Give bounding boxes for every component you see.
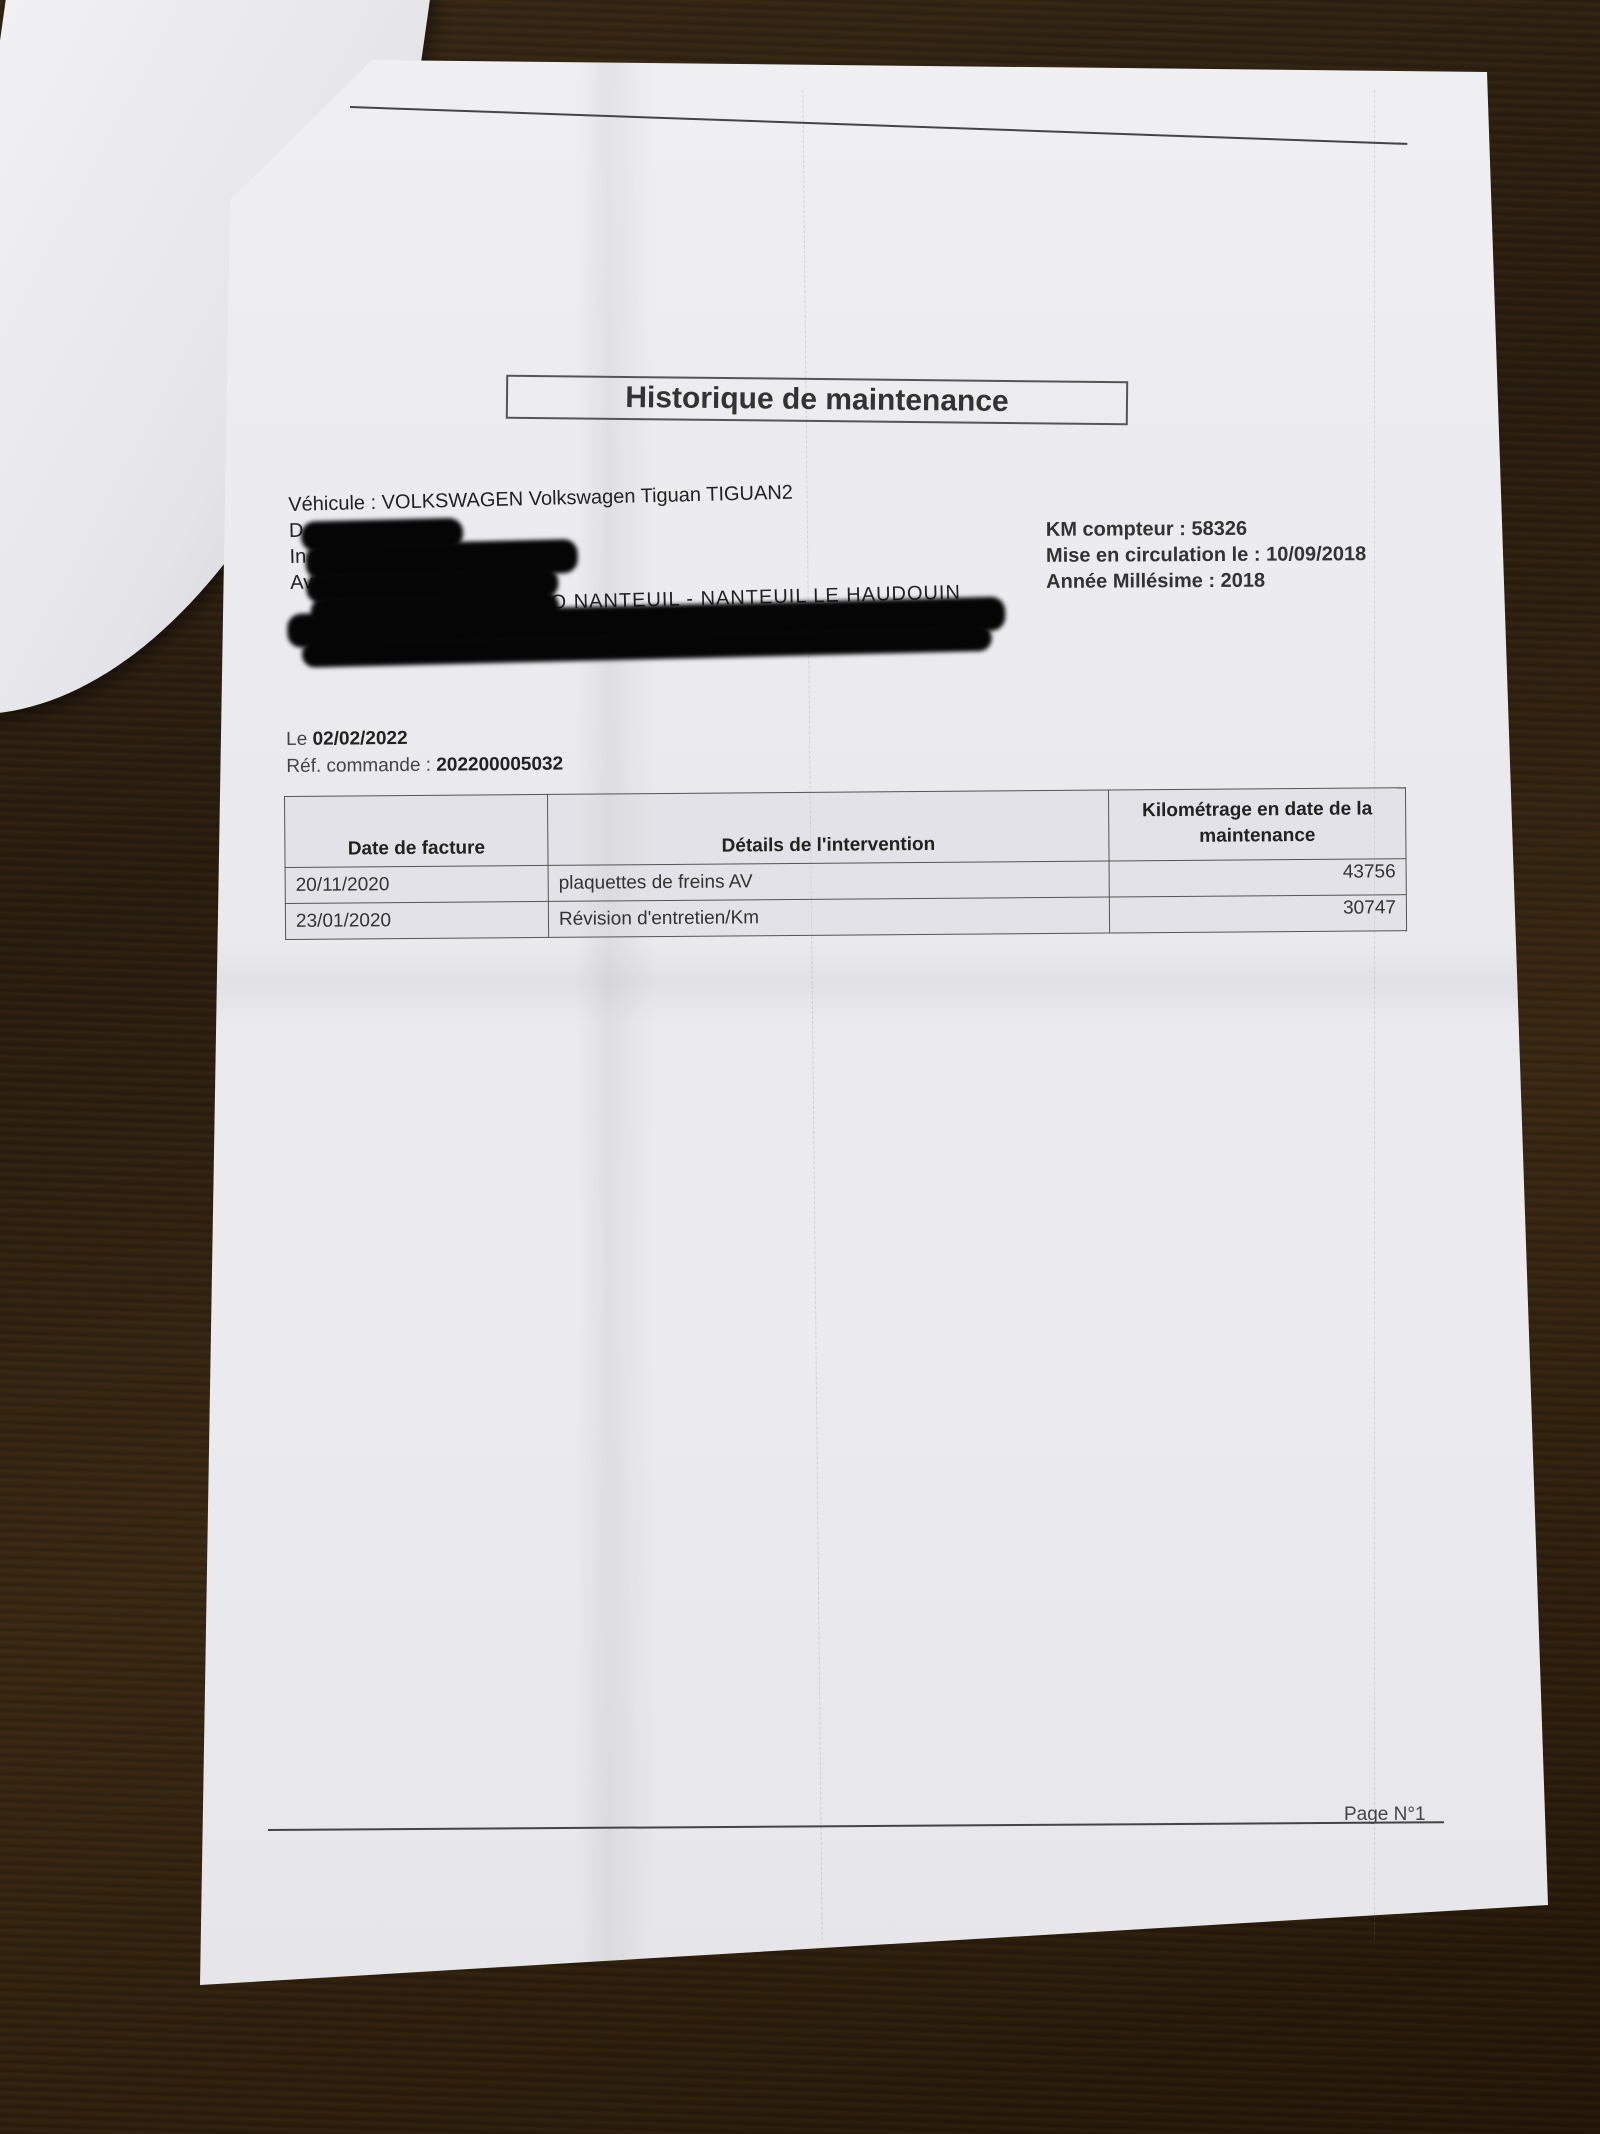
cell-details: Révision d'entretien/Km bbox=[548, 897, 1109, 937]
footer-rule bbox=[268, 1821, 1444, 1831]
table-header-row: Date de facture Détails de l'interventio… bbox=[285, 788, 1407, 868]
vehicle-label: Véhicule : bbox=[288, 492, 376, 516]
order-reference: Réf. commande : 202200005032 bbox=[286, 751, 563, 780]
header-mileage: Kilométrage en date de la maintenance bbox=[1108, 788, 1406, 861]
cell-date: 20/11/2020 bbox=[285, 865, 548, 903]
cell-details: plaquettes de freins AV bbox=[548, 861, 1109, 901]
cell-date: 23/01/2020 bbox=[285, 901, 548, 939]
registration-date: Mise en circulation le : 10/09/2018 bbox=[1046, 541, 1366, 569]
maintenance-table: Date de facture Détails de l'interventio… bbox=[284, 787, 1407, 940]
vehicle-stats: KM compteur : 58326 Mise en circulation … bbox=[1046, 515, 1367, 595]
km-counter: KM compteur : 58326 bbox=[1046, 515, 1366, 543]
header-rule bbox=[350, 106, 1407, 145]
document-date: Le 02/02/2022 bbox=[286, 724, 563, 753]
header-intervention-details: Détails de l'intervention bbox=[547, 790, 1109, 865]
vehicle-info-block: Véhicule : VOLKSWAGEN Volkswagen Tiguan … bbox=[288, 473, 1051, 622]
maintenance-document: Historique de maintenance Véhicule : VOL… bbox=[0, 0, 1600, 2134]
cell-km: 30747 bbox=[1109, 895, 1406, 933]
document-title: Historique de maintenance bbox=[506, 375, 1128, 426]
header-invoice-date: Date de facture bbox=[285, 794, 549, 867]
page-number: Page N°1 bbox=[1344, 1804, 1426, 1826]
cell-km: 43756 bbox=[1109, 859, 1406, 897]
date-and-reference: Le 02/02/2022 Réf. commande : 2022000050… bbox=[286, 724, 563, 780]
table-row: 23/01/2020 Révision d'entretien/Km 30747 bbox=[285, 895, 1406, 940]
model-year: Année Millésime : 2018 bbox=[1046, 567, 1366, 595]
